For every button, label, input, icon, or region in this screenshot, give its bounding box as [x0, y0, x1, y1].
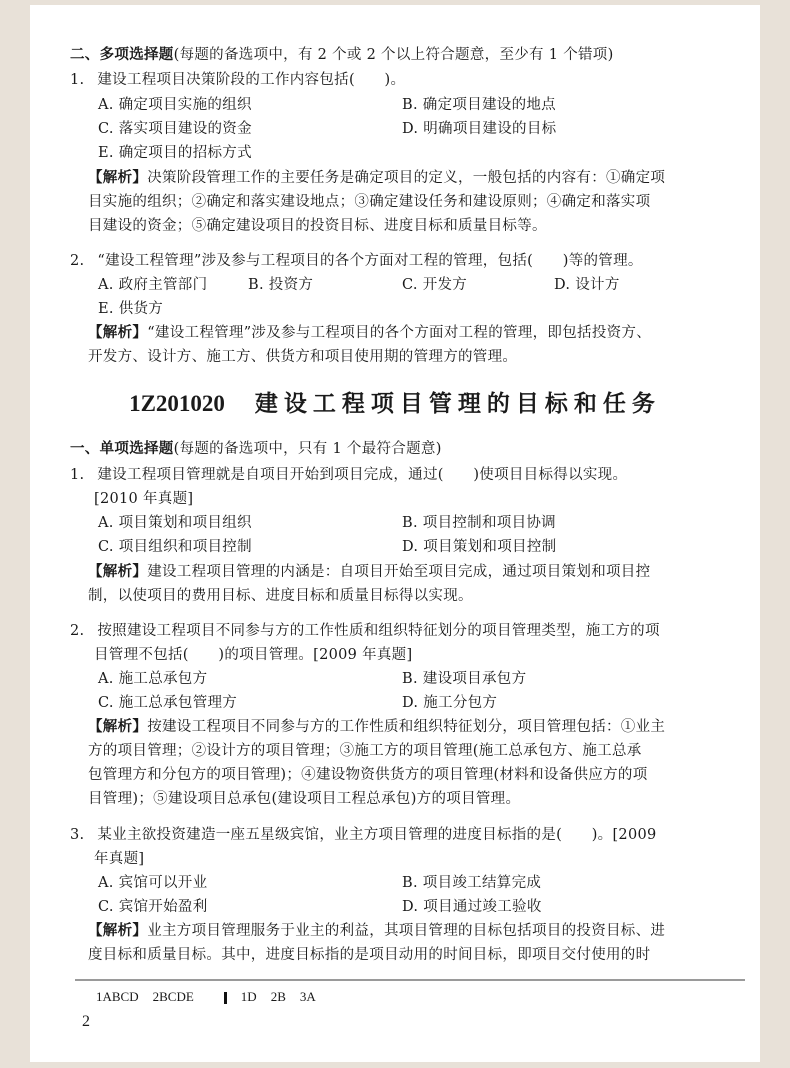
analysis-text: 决策阶段管理工作的主要任务是确定项目的定义，一般包括的内容有：①确定项: [147, 170, 665, 186]
option-e: E. 确定项目的招标方式: [98, 143, 252, 163]
option-a: A. 施工总承包方: [98, 669, 207, 689]
analysis-line: 包管理方和分包方的项目管理)；④建设物资供货方的项目管理(材料和设备供应方的项: [88, 765, 648, 785]
question-number: 1.: [70, 72, 84, 88]
question-stem: 1. 建设工程项目决策阶段的工作内容包括( )。: [70, 70, 405, 90]
analysis-line: 【解析】建设工程项目管理的内涵是：自项目开始至项目完成，通过项目策划和项目控: [88, 562, 650, 582]
question-number: 3.: [70, 827, 84, 843]
analysis-line: 【解析】决策阶段管理工作的主要任务是确定项目的定义，一般包括的内容有：①确定项: [88, 168, 665, 188]
answer-key-item: 2B: [271, 989, 286, 1004]
analysis-line: 开发方、设计方、施工方、供货方和项目使用期的管理方的管理。: [88, 347, 517, 367]
question-stem: 2. 按照建设工程项目不同参与方的工作性质和组织特征划分的项目管理类型，施工方的…: [70, 621, 660, 641]
section-heading-multi-choice: 二、多项选择题(每题的备选项中，有 2 个或 2 个以上符合题意，至少有 1 个…: [70, 45, 614, 65]
analysis-line: 制，以使项目的费用目标、进度目标和质量目标得以实现。: [88, 586, 473, 606]
chapter-name: 建设工程项目管理的目标和任务: [255, 390, 661, 417]
option-d: D. 明确项目建设的目标: [402, 119, 556, 139]
section-heading-label: 一、单项选择题: [70, 441, 174, 457]
option-b: B. 建设项目承包方: [402, 669, 526, 689]
option-d: D. 项目通过竣工验收: [402, 897, 542, 917]
page-number: 2: [82, 1013, 90, 1031]
question-source: [2010 年真题]: [94, 489, 193, 509]
option-c: C. 开发方: [402, 275, 467, 295]
question-text: 某业主欲投资建造一座五星级宾馆，业主方项目管理的进度目标指的是( )。[2009: [97, 827, 656, 843]
analysis-label: 【解析】: [88, 325, 147, 341]
analysis-label: 【解析】: [88, 923, 147, 939]
analysis-line: 目实施的组织；②确定和落实建设地点；③确定建设任务和建设原则；④确定和落实项: [88, 192, 650, 212]
answer-key-item: 1D: [241, 989, 257, 1004]
question-text: 建设工程项目管理就是自项目开始到项目完成，通过( )使项目目标得以实现。: [97, 467, 627, 483]
section-heading-note: (每题的备选项中，有 2 个或 2 个以上符合题意，至少有 1 个错项): [174, 47, 614, 63]
option-b: B. 确定项目建设的地点: [402, 95, 556, 115]
answer-key-item: 1ABCD: [96, 989, 139, 1004]
analysis-line: 【解析】业主方项目管理服务于业主的利益，其项目管理的目标包括项目的投资目标、进: [88, 921, 665, 941]
option-a: A. 政府主管部门: [98, 275, 207, 295]
option-d: D. 项目策划和项目控制: [402, 537, 556, 557]
analysis-text: 建设工程项目管理的内涵是：自项目开始至项目完成，通过项目策划和项目控: [147, 564, 650, 580]
analysis-label: 【解析】: [88, 564, 147, 580]
option-c: C. 项目组织和项目控制: [98, 537, 252, 557]
question-number: 2.: [70, 623, 84, 639]
analysis-label: 【解析】: [88, 170, 147, 186]
option-c: C. 施工总承包管理方: [98, 693, 237, 713]
option-a: A. 项目策划和项目组织: [98, 513, 252, 533]
option-b: B. 投资方: [248, 275, 313, 295]
option-d: D. 施工分包方: [402, 693, 497, 713]
section-heading-label: 二、多项选择题: [70, 47, 174, 63]
analysis-label: 【解析】: [88, 719, 147, 735]
analysis-line: 度目标和质量目标。其中，进度目标指的是项目动用的时间目标，即项目交付使用的时: [88, 945, 650, 965]
option-b: B. 项目控制和项目协调: [402, 513, 556, 533]
question-number: 1.: [70, 467, 84, 483]
answer-key-item: 2BCDE: [153, 989, 194, 1004]
section-heading-note: (每题的备选项中，只有 1 个最符合题意): [174, 441, 442, 457]
option-b: B. 项目竣工结算完成: [402, 873, 541, 893]
answer-key-separator: [224, 992, 227, 1004]
chapter-title: 1Z201020建设工程项目管理的目标和任务: [30, 385, 760, 418]
question-text: 按照建设工程项目不同参与方的工作性质和组织特征划分的项目管理类型，施工方的项: [97, 623, 659, 639]
document-page: 二、多项选择题(每题的备选项中，有 2 个或 2 个以上符合题意，至少有 1 个…: [30, 5, 760, 1062]
analysis-line: 目建设的资金；⑤确定建设项目的投资目标、进度目标和质量目标等。: [88, 216, 547, 236]
option-e: E. 供货方: [98, 299, 163, 319]
question-stem: 1. 建设工程项目管理就是自项目开始到项目完成，通过( )使项目目标得以实现。: [70, 465, 627, 485]
analysis-text: 按建设工程项目不同参与方的工作性质和组织特征划分，项目管理包括：①业主: [147, 719, 665, 735]
question-number: 2.: [70, 253, 84, 269]
question-text: 建设工程项目决策阶段的工作内容包括( )。: [97, 72, 405, 88]
question-text: “建设工程管理”涉及参与工程项目的各个方面对工程的管理，包括( )等的管理。: [97, 253, 642, 269]
option-a: A. 宾馆可以开业: [98, 873, 207, 893]
analysis-text: 业主方项目管理服务于业主的利益，其项目管理的目标包括项目的投资目标、进: [147, 923, 665, 939]
question-stem: 2. “建设工程管理”涉及参与工程项目的各个方面对工程的管理，包括( )等的管理…: [70, 251, 643, 271]
analysis-line: 【解析】“建设工程管理”涉及参与工程项目的各个方面对工程的管理，即包括投资方、: [88, 323, 651, 343]
question-text-cont: 目管理不包括( )的项目管理。[2009 年真题]: [94, 645, 412, 665]
section-heading-single-choice: 一、单项选择题(每题的备选项中，只有 1 个最符合题意): [70, 439, 442, 459]
option-c: C. 宾馆开始盈利: [98, 897, 208, 917]
analysis-line: 目管理)；⑤建设项目总承包(建设项目工程总承包)方的项目管理。: [88, 789, 520, 809]
option-d: D. 设计方: [554, 275, 620, 295]
chapter-code: 1Z201020: [129, 391, 225, 416]
question-text-cont: 年真题]: [94, 849, 144, 869]
analysis-line: 方的项目管理；②设计方的项目管理；③施工方的项目管理(施工总承包方、施工总承: [88, 741, 642, 761]
answer-key: 1ABCD2BCDE1D2B3A: [96, 989, 330, 1005]
option-c: C. 落实项目建设的资金: [98, 119, 252, 139]
analysis-line: 【解析】按建设工程项目不同参与方的工作性质和组织特征划分，项目管理包括：①业主: [88, 717, 665, 737]
question-stem: 3. 某业主欲投资建造一座五星级宾馆，业主方项目管理的进度目标指的是( )。[2…: [70, 825, 657, 845]
option-a: A. 确定项目实施的组织: [98, 95, 252, 115]
answer-key-item: 3A: [300, 989, 316, 1004]
analysis-text: “建设工程管理”涉及参与工程项目的各个方面对工程的管理，即包括投资方、: [147, 325, 651, 341]
footer-rule: [75, 979, 745, 981]
